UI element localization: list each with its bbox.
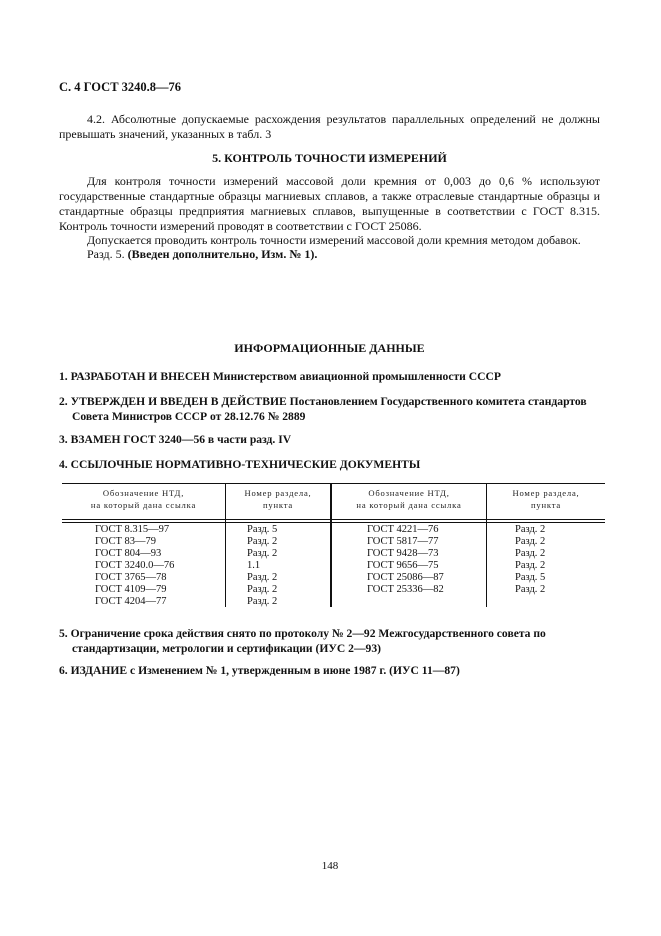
info-item-6: 6. ИЗДАНИЕ с Изменением № 1, утвержденны… — [59, 663, 604, 678]
right-doc-cell: ГОСТ 5817—77 — [367, 536, 444, 548]
header-section-right: Номер раздела, пункта — [487, 487, 605, 511]
right-section-cell: Разд. 2 — [515, 536, 545, 548]
clause-4-2: 4.2. Абсолютные допускаемые расхождения … — [59, 112, 600, 142]
right-section-cell: Разд. 2 — [515, 548, 545, 560]
reference-documents-table: Обозначение НТД, на который дана ссылка … — [62, 483, 605, 607]
note-amendment: (Введен дополнительно, Изм. № 1). — [128, 247, 318, 261]
header-section-left: Номер раздела, пункта — [226, 487, 330, 511]
left-doc-cell: ГОСТ 83—79 — [95, 536, 174, 548]
info-title: ИНФОРМАЦИОННЫЕ ДАННЫЕ — [59, 341, 600, 356]
info-item-5: 5. Ограничение срока действия снято по п… — [59, 626, 617, 656]
left-doc-column: ГОСТ 8.315—97ГОСТ 83—79ГОСТ 804—93ГОСТ 3… — [95, 524, 174, 608]
right-doc-column: ГОСТ 4221—76ГОСТ 5817—77ГОСТ 9428—73ГОСТ… — [367, 524, 444, 596]
table-top-rule — [62, 483, 605, 484]
right-section-cell: Разд. 2 — [515, 560, 545, 572]
right-doc-cell: ГОСТ 25086—87 — [367, 572, 444, 584]
section-5-paragraph-2: Допускается проводить контроль точности … — [59, 233, 600, 248]
left-doc-cell: ГОСТ 8.315—97 — [95, 524, 174, 536]
left-doc-cell: ГОСТ 4109—79 — [95, 584, 174, 596]
left-section-cell: Разд. 5 — [247, 524, 277, 536]
info-item-2: 2. УТВЕРЖДЕН И ВВЕДЕН В ДЕЙСТВИЕ Постано… — [59, 394, 617, 424]
right-section-column: Разд. 2Разд. 2Разд. 2Разд. 2Разд. 5Разд.… — [515, 524, 545, 596]
left-section-cell: Разд. 2 — [247, 572, 277, 584]
left-section-cell: Разд. 2 — [247, 584, 277, 596]
left-section-cell: Разд. 2 — [247, 536, 277, 548]
running-header: С. 4 ГОСТ 3240.8—76 — [59, 80, 181, 95]
right-section-cell: Разд. 5 — [515, 572, 545, 584]
info-item-3: 3. ВЗАМЕН ГОСТ 3240—56 в части разд. IV — [59, 432, 604, 447]
info-item-1: 1. РАЗРАБОТАН И ВНЕСЕН Министерством ави… — [59, 369, 604, 384]
header-designation-right: Обозначение НТД, на который дана ссылка — [332, 487, 486, 511]
header-designation-left: Обозначение НТД, на который дана ссылка — [62, 487, 225, 511]
right-section-cell: Разд. 2 — [515, 584, 545, 596]
left-section-column: Разд. 5Разд. 2Разд. 21.1Разд. 2Разд. 2Ра… — [247, 524, 277, 608]
right-doc-cell: ГОСТ 9428—73 — [367, 548, 444, 560]
section-5-paragraph-1: Для контроля точности измерений массовой… — [59, 174, 600, 234]
page-number: 148 — [300, 860, 360, 872]
right-doc-cell: ГОСТ 4221—76 — [367, 524, 444, 536]
left-doc-cell: ГОСТ 804—93 — [95, 548, 174, 560]
right-doc-cell: ГОСТ 9656—75 — [367, 560, 444, 572]
section-5-title: 5. КОНТРОЛЬ ТОЧНОСТИ ИЗМЕРЕНИЙ — [59, 151, 600, 166]
left-section-cell: Разд. 2 — [247, 548, 277, 560]
left-doc-cell: ГОСТ 3240.0—76 — [95, 560, 174, 572]
left-doc-cell: ГОСТ 3765—78 — [95, 572, 174, 584]
right-section-cell: Разд. 2 — [515, 524, 545, 536]
left-section-cell: 1.1 — [247, 560, 277, 572]
right-doc-cell: ГОСТ 25336—82 — [367, 584, 444, 596]
table-header-rule-2 — [62, 522, 605, 523]
info-item-4: 4. ССЫЛОЧНЫЕ НОРМАТИВНО-ТЕХНИЧЕСКИЕ ДОКУ… — [59, 457, 604, 472]
section-5-note: Разд. 5. (Введен дополнительно, Изм. № 1… — [59, 247, 600, 262]
note-prefix: Разд. 5. — [87, 247, 128, 261]
left-doc-cell: ГОСТ 4204—77 — [95, 596, 174, 608]
left-section-cell: Разд. 2 — [247, 596, 277, 608]
table-header-rule — [62, 519, 605, 520]
